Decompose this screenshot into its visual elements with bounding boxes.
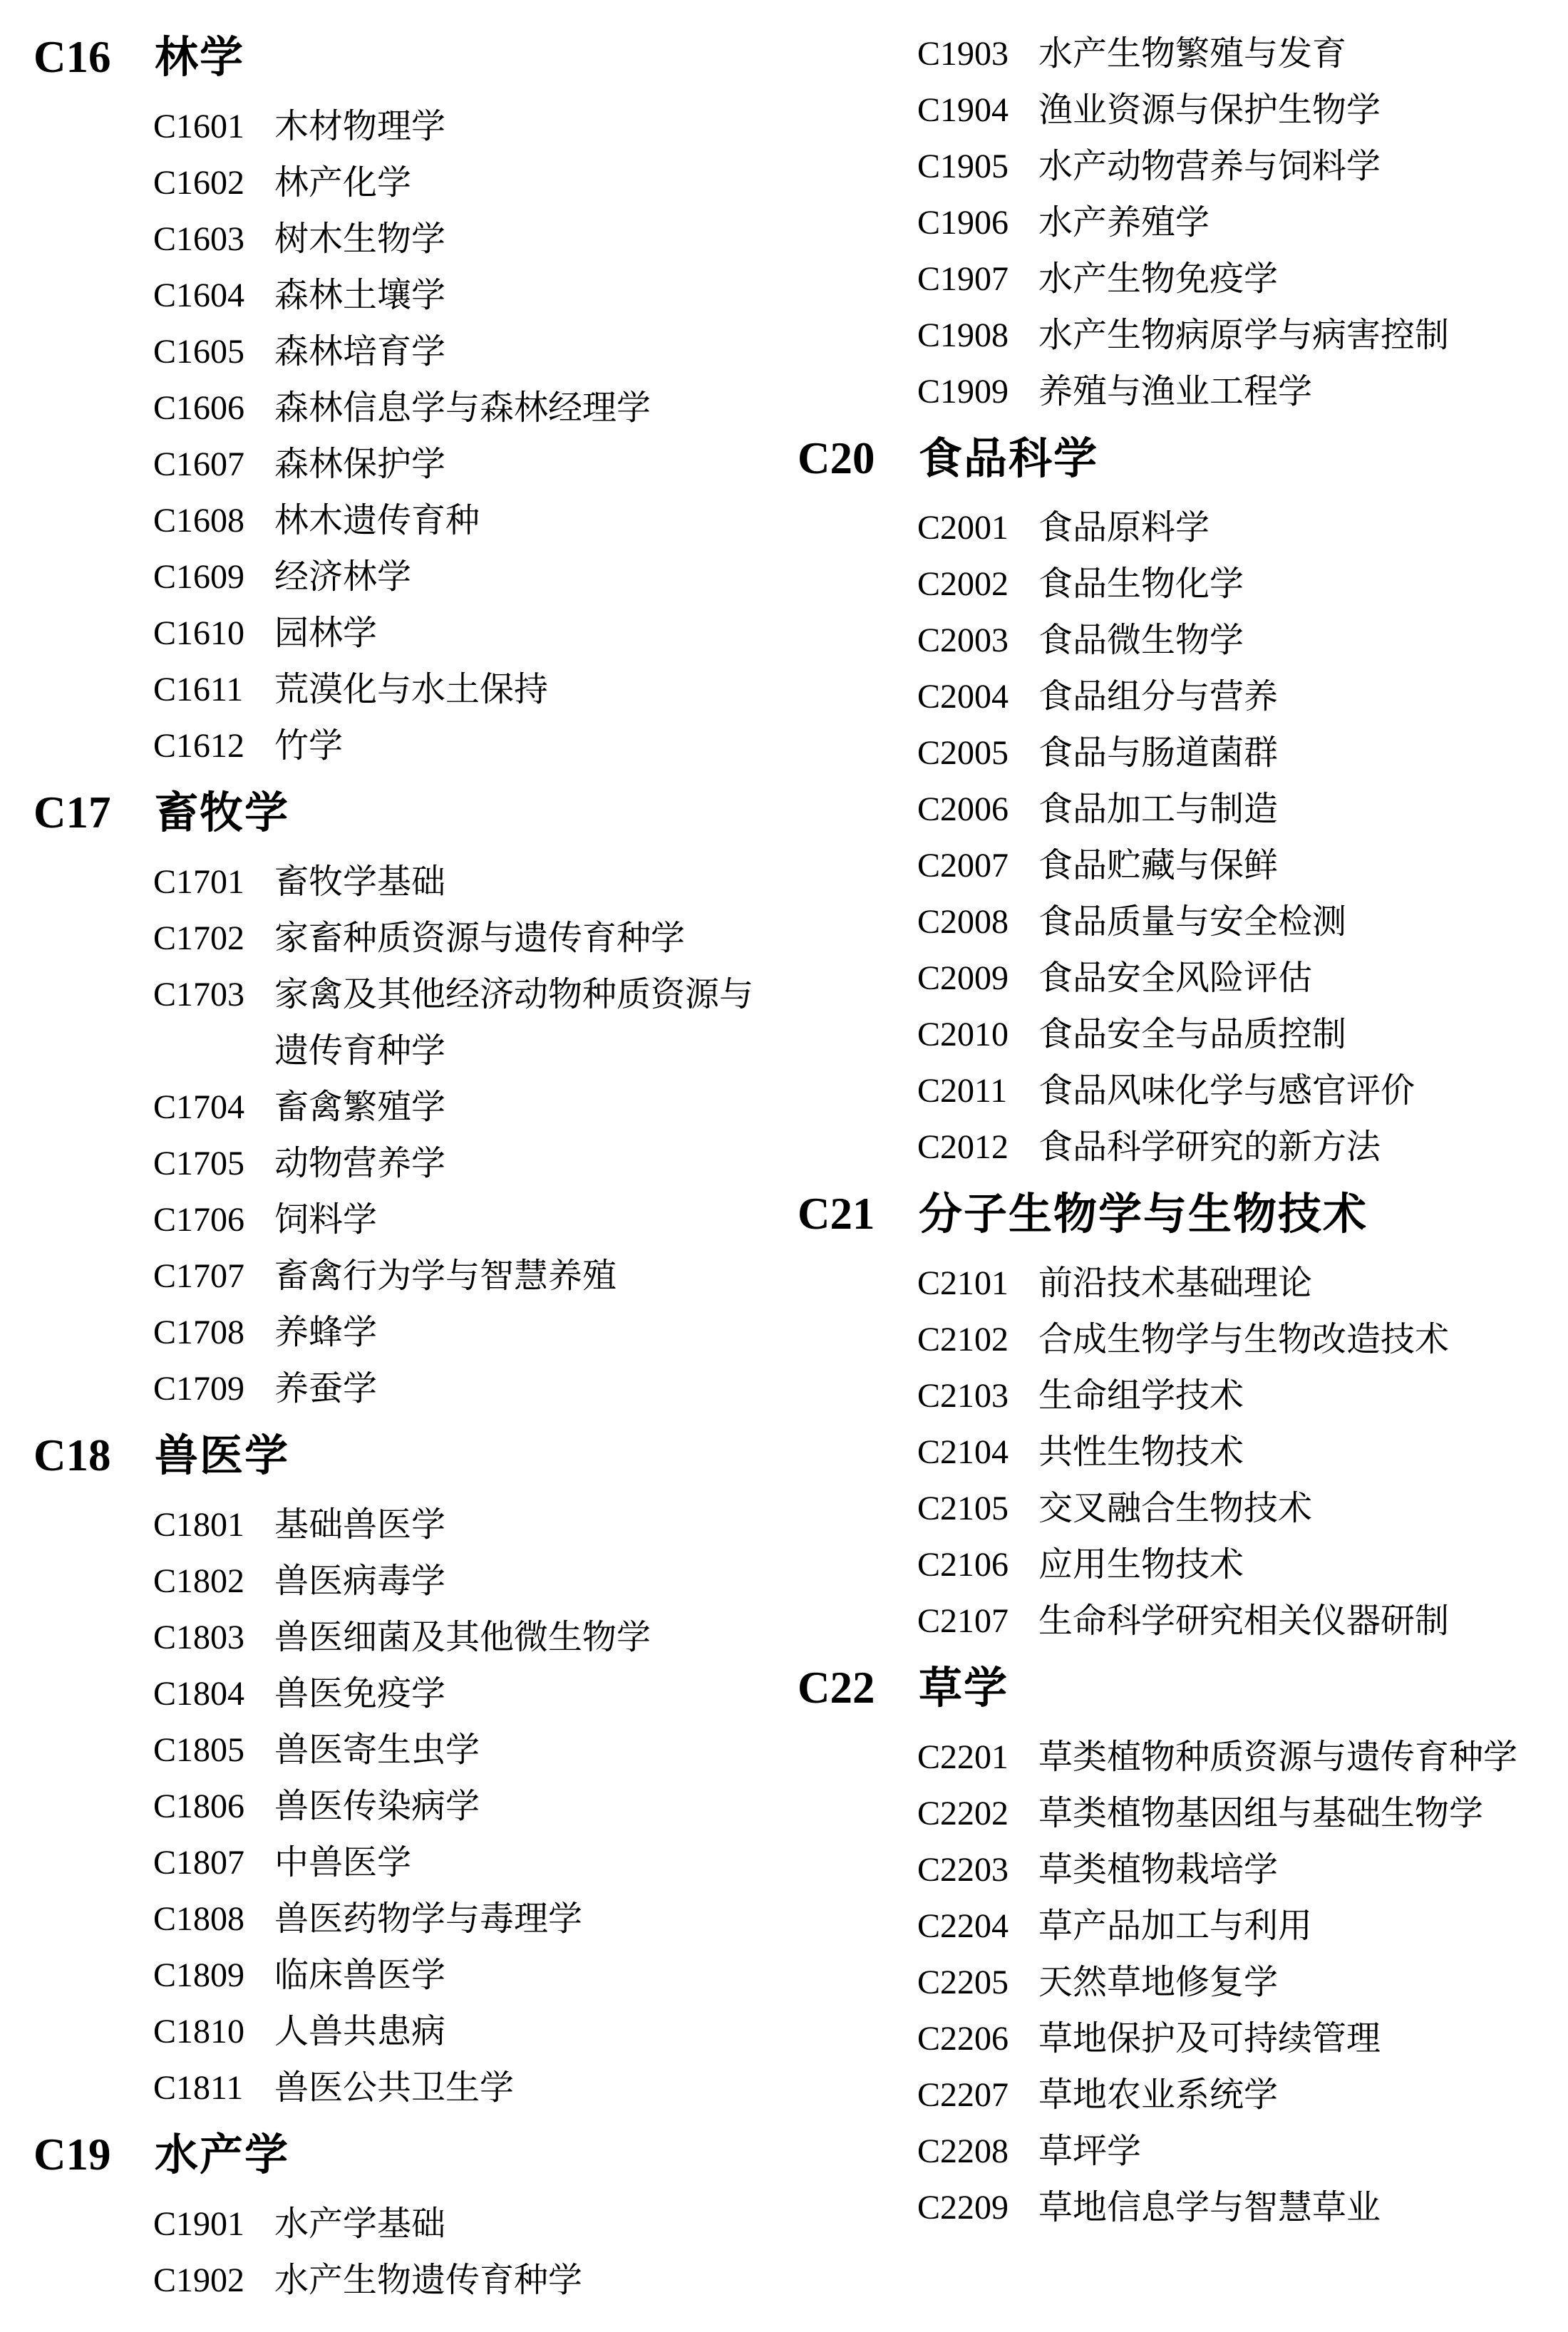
item-row: C1607森林保护学 [33, 436, 798, 492]
item-title: 林木遗传育种 [274, 492, 777, 549]
item-row: C2002食品生物化学 [798, 556, 1553, 612]
item-title: 养蚕学 [274, 1361, 777, 1417]
item-title: 兽医传染病学 [274, 1778, 777, 1835]
item-code: C1607 [153, 436, 274, 492]
item-row: C1905水产动物营养与饲料学 [798, 138, 1553, 195]
item-code: C1810 [153, 2003, 274, 2060]
item-row: C1807中兽医学 [33, 1835, 798, 1891]
item-row: C1809临床兽医学 [33, 1947, 798, 2003]
section-row: C21分子生物学与生物技术 [798, 1181, 1553, 1247]
item-title: 荒漠化与水土保持 [274, 661, 777, 718]
item-row: C2005食品与肠道菌群 [798, 725, 1553, 781]
item-title: 兽医药物学与毒理学 [274, 1891, 777, 1947]
item-code: C1806 [153, 1778, 274, 1835]
section-row: C22草学 [798, 1655, 1553, 1720]
item-code: C2102 [917, 1311, 1038, 1368]
item-title: 草类植物栽培学 [1038, 1842, 1541, 1898]
item-row: C2009食品安全风险评估 [798, 950, 1553, 1006]
item-code: C1703 [153, 966, 274, 1023]
item-title: 食品原料学 [1038, 500, 1541, 556]
item-row: C1805兽医寄生虫学 [33, 1722, 798, 1778]
item-code: C1805 [153, 1722, 274, 1778]
item-row: C2107生命科学研究相关仪器研制 [798, 1593, 1553, 1649]
item-title: 草类植物种质资源与遗传育种学 [1038, 1729, 1541, 1785]
item-title: 生命组学技术 [1038, 1368, 1541, 1424]
item-code: C1808 [153, 1891, 274, 1947]
item-code: C2002 [917, 556, 1038, 612]
item-row: C1901水产学基础 [33, 2196, 798, 2252]
item-row: C1709养蚕学 [33, 1361, 798, 1417]
item-code: C1809 [153, 1947, 274, 2003]
section-title: 分子生物学与生物技术 [919, 1181, 1368, 1247]
item-row: C1612竹学 [33, 718, 798, 774]
item-code: C2101 [917, 1255, 1038, 1311]
item-code: C1906 [917, 195, 1038, 251]
item-code: C2011 [917, 1063, 1038, 1119]
item-code: C1907 [917, 251, 1038, 307]
item-row: C2205天然草地修复学 [798, 1954, 1553, 2011]
item-row: C1804兽医免疫学 [33, 1666, 798, 1722]
item-title: 森林土壤学 [274, 267, 777, 324]
item-row: C1708养蜂学 [33, 1304, 798, 1361]
item-title: 兽医免疫学 [274, 1666, 777, 1722]
item-title: 兽医病毒学 [274, 1553, 777, 1609]
item-code: C2008 [917, 894, 1038, 950]
item-code: C1601 [153, 98, 274, 155]
item-title: 养蜂学 [274, 1304, 777, 1361]
item-code: C1801 [153, 1497, 274, 1553]
item-row: C1806兽医传染病学 [33, 1778, 798, 1835]
section-title: 林学 [155, 24, 244, 90]
item-code: C2006 [917, 781, 1038, 837]
item-row: C1603树木生物学 [33, 211, 798, 267]
item-code: C2203 [917, 1842, 1038, 1898]
item-row: C1902水产生物遗传育种学 [33, 2252, 798, 2308]
item-row: C1706饲料学 [33, 1192, 798, 1248]
item-code: C1612 [153, 718, 274, 774]
item-row: C1608林木遗传育种 [33, 492, 798, 549]
section-code: C21 [798, 1181, 919, 1247]
item-code: C2206 [917, 2011, 1038, 2067]
item-code: C1904 [917, 82, 1038, 138]
item-code: C2209 [917, 2179, 1038, 2236]
item-title: 临床兽医学 [274, 1947, 777, 2003]
item-title: 水产生物免疫学 [1038, 251, 1541, 307]
item-title: 食品安全风险评估 [1038, 950, 1541, 1006]
item-code: C2003 [917, 612, 1038, 669]
item-title: 食品质量与安全检测 [1038, 894, 1541, 950]
item-row: C2001食品原料学 [798, 500, 1553, 556]
item-code: C1902 [153, 2252, 274, 2308]
item-row: C2103生命组学技术 [798, 1368, 1553, 1424]
section-title: 草学 [919, 1655, 1009, 1720]
item-title: 共性生物技术 [1038, 1424, 1541, 1480]
item-title: 基础兽医学 [274, 1497, 777, 1553]
item-code: C1908 [917, 307, 1038, 363]
item-title: 兽医细菌及其他微生物学 [274, 1609, 777, 1666]
item-row: C2010食品安全与品质控制 [798, 1006, 1553, 1063]
item-code: C2005 [917, 725, 1038, 781]
item-code: C1610 [153, 605, 274, 661]
item-row: C2007食品贮藏与保鲜 [798, 837, 1553, 894]
item-title: 经济林学 [274, 549, 777, 605]
item-title: 饲料学 [274, 1192, 777, 1248]
item-row: C2204草产品加工与利用 [798, 1898, 1553, 1954]
item-row: C1803兽医细菌及其他微生物学 [33, 1609, 798, 1666]
item-row: C2101前沿技术基础理论 [798, 1255, 1553, 1311]
item-code: C2105 [917, 1480, 1038, 1537]
item-title: 食品生物化学 [1038, 556, 1541, 612]
item-code: C2010 [917, 1006, 1038, 1063]
item-title: 草坪学 [1038, 2123, 1541, 2179]
item-row: C1701畜牧学基础 [33, 854, 798, 910]
item-row: C1610园林学 [33, 605, 798, 661]
item-code: C1602 [153, 155, 274, 211]
item-row: C1808兽医药物学与毒理学 [33, 1891, 798, 1947]
item-code: C2001 [917, 500, 1038, 556]
section-code: C22 [798, 1655, 919, 1720]
section-code: C17 [33, 780, 155, 845]
item-row: C1704畜禽繁殖学 [33, 1079, 798, 1135]
item-title: 食品科学研究的新方法 [1038, 1119, 1541, 1175]
item-title: 家禽及其他经济动物种质资源与遗传育种学 [274, 966, 777, 1079]
item-code: C2208 [917, 2123, 1038, 2179]
item-row: C1605森林培育学 [33, 324, 798, 380]
section-title: 兽医学 [155, 1423, 289, 1488]
section-row: C16林学 [33, 24, 798, 90]
item-row: C1606森林信息学与森林经理学 [33, 380, 798, 436]
item-row: C2003食品微生物学 [798, 612, 1553, 669]
item-code: C1903 [917, 26, 1038, 82]
item-title: 渔业资源与保护生物学 [1038, 82, 1541, 138]
item-code: C1705 [153, 1135, 274, 1192]
item-row: C2012食品科学研究的新方法 [798, 1119, 1553, 1175]
item-title: 水产生物遗传育种学 [274, 2252, 777, 2308]
item-code: C2205 [917, 1954, 1038, 2011]
item-row: C1707畜禽行为学与智慧养殖 [33, 1248, 798, 1304]
item-code: C1605 [153, 324, 274, 380]
section-title: 食品科学 [919, 425, 1098, 491]
item-row: C1802兽医病毒学 [33, 1553, 798, 1609]
item-title: 水产养殖学 [1038, 195, 1541, 251]
item-code: C1706 [153, 1192, 274, 1248]
item-title: 园林学 [274, 605, 777, 661]
item-title: 森林培育学 [274, 324, 777, 380]
item-title: 养殖与渔业工程学 [1038, 363, 1541, 420]
item-code: C1603 [153, 211, 274, 267]
item-title: 交叉融合生物技术 [1038, 1480, 1541, 1537]
section-code: C18 [33, 1423, 155, 1488]
item-row: C1908水产生物病原学与病害控制 [798, 307, 1553, 363]
item-code: C1609 [153, 549, 274, 605]
item-title: 前沿技术基础理论 [1038, 1255, 1541, 1311]
item-row: C1801基础兽医学 [33, 1497, 798, 1553]
item-code: C2007 [917, 837, 1038, 894]
section-row: C17畜牧学 [33, 780, 798, 845]
item-row: C1604森林土壤学 [33, 267, 798, 324]
item-code: C2104 [917, 1424, 1038, 1480]
item-row: C2006食品加工与制造 [798, 781, 1553, 837]
item-title: 水产生物繁殖与发育 [1038, 26, 1541, 82]
item-title: 家畜种质资源与遗传育种学 [274, 910, 777, 966]
item-row: C2201草类植物种质资源与遗传育种学 [798, 1729, 1553, 1785]
item-row: C2011食品风味化学与感官评价 [798, 1063, 1553, 1119]
item-code: C2103 [917, 1368, 1038, 1424]
item-title: 木材物理学 [274, 98, 777, 155]
item-row: C2004食品组分与营养 [798, 669, 1553, 725]
section-title: 水产学 [155, 2122, 289, 2187]
item-title: 林产化学 [274, 155, 777, 211]
item-row: C2208草坪学 [798, 2123, 1553, 2179]
item-row: C2203草类植物栽培学 [798, 1842, 1553, 1898]
item-row: C1702家畜种质资源与遗传育种学 [33, 910, 798, 966]
item-row: C1904渔业资源与保护生物学 [798, 82, 1553, 138]
item-title: 水产动物营养与饲料学 [1038, 138, 1541, 195]
item-title: 食品加工与制造 [1038, 781, 1541, 837]
item-title: 天然草地修复学 [1038, 1954, 1541, 2011]
item-code: C2201 [917, 1729, 1038, 1785]
column-2: C1903水产生物繁殖与发育C1904渔业资源与保护生物学C1905水产动物营养… [798, 19, 1553, 2332]
item-row: C2209草地信息学与智慧草业 [798, 2179, 1553, 2236]
item-code: C1803 [153, 1609, 274, 1666]
item-code: C1604 [153, 267, 274, 324]
item-title: 竹学 [274, 718, 777, 774]
item-code: C1802 [153, 1553, 274, 1609]
item-row: C1705动物营养学 [33, 1135, 798, 1192]
item-row: C2207草地农业系统学 [798, 2067, 1553, 2123]
item-title: 人兽共患病 [274, 2003, 777, 2060]
item-code: C1608 [153, 492, 274, 549]
item-title: 畜禽行为学与智慧养殖 [274, 1248, 777, 1304]
item-title: 树木生物学 [274, 211, 777, 267]
item-title: 水产生物病原学与病害控制 [1038, 307, 1541, 363]
item-title: 食品微生物学 [1038, 612, 1541, 669]
column-1: C16林学C1601木材物理学C1602林产化学C1603树木生物学C1604森… [33, 19, 798, 2332]
code-list: C16林学C1601木材物理学C1602林产化学C1603树木生物学C1604森… [33, 19, 1553, 2332]
section-title: 畜牧学 [155, 780, 289, 845]
item-title: 草地保护及可持续管理 [1038, 2011, 1541, 2067]
item-code: C1811 [153, 2060, 274, 2116]
item-title: 兽医寄生虫学 [274, 1722, 777, 1778]
item-row: C1906水产养殖学 [798, 195, 1553, 251]
item-row: C2008食品质量与安全检测 [798, 894, 1553, 950]
item-row: C1903水产生物繁殖与发育 [798, 26, 1553, 82]
item-title: 草地农业系统学 [1038, 2067, 1541, 2123]
item-row: C2105交叉融合生物技术 [798, 1480, 1553, 1537]
item-row: C1810人兽共患病 [33, 2003, 798, 2060]
item-code: C1701 [153, 854, 274, 910]
item-row: C1907水产生物免疫学 [798, 251, 1553, 307]
item-title: 食品风味化学与感官评价 [1038, 1063, 1541, 1119]
item-row: C1611荒漠化与水土保持 [33, 661, 798, 718]
section-row: C20食品科学 [798, 425, 1553, 491]
item-title: 森林信息学与森林经理学 [274, 380, 777, 436]
item-code: C2106 [917, 1537, 1038, 1593]
item-code: C1702 [153, 910, 274, 966]
item-code: C1708 [153, 1304, 274, 1361]
item-row: C2106应用生物技术 [798, 1537, 1553, 1593]
item-title: 森林保护学 [274, 436, 777, 492]
item-row: C1811兽医公共卫生学 [33, 2060, 798, 2116]
item-row: C2104共性生物技术 [798, 1424, 1553, 1480]
section-code: C19 [33, 2122, 155, 2187]
item-code: C1709 [153, 1361, 274, 1417]
document-page: C16林学C1601木材物理学C1602林产化学C1603树木生物学C1604森… [0, 0, 1568, 2332]
item-title: 草类植物基因组与基础生物学 [1038, 1785, 1541, 1842]
item-title: 草产品加工与利用 [1038, 1898, 1541, 1954]
item-code: C1905 [917, 138, 1038, 195]
item-title: 食品组分与营养 [1038, 669, 1541, 725]
item-row: C1703家禽及其他经济动物种质资源与遗传育种学 [33, 966, 798, 1079]
item-code: C1807 [153, 1835, 274, 1891]
item-row: C1909养殖与渔业工程学 [798, 363, 1553, 420]
item-code: C1707 [153, 1248, 274, 1304]
item-row: C1601木材物理学 [33, 98, 798, 155]
item-code: C2009 [917, 950, 1038, 1006]
item-title: 生命科学研究相关仪器研制 [1038, 1593, 1541, 1649]
item-code: C1901 [153, 2196, 274, 2252]
item-row: C2102合成生物学与生物改造技术 [798, 1311, 1553, 1368]
item-row: C1609经济林学 [33, 549, 798, 605]
item-row: C2206草地保护及可持续管理 [798, 2011, 1553, 2067]
item-row: C1602林产化学 [33, 155, 798, 211]
item-code: C2012 [917, 1119, 1038, 1175]
item-code: C2207 [917, 2067, 1038, 2123]
item-title: 草地信息学与智慧草业 [1038, 2179, 1541, 2236]
item-code: C2204 [917, 1898, 1038, 1954]
item-title: 食品与肠道菌群 [1038, 725, 1541, 781]
item-title: 应用生物技术 [1038, 1537, 1541, 1593]
item-title: 畜牧学基础 [274, 854, 777, 910]
item-title: 中兽医学 [274, 1835, 777, 1891]
section-row: C19水产学 [33, 2122, 798, 2187]
item-title: 动物营养学 [274, 1135, 777, 1192]
item-title: 食品安全与品质控制 [1038, 1006, 1541, 1063]
section-code: C16 [33, 24, 155, 90]
item-row: C2202草类植物基因组与基础生物学 [798, 1785, 1553, 1842]
section-code: C20 [798, 425, 919, 491]
item-code: C1804 [153, 1666, 274, 1722]
item-code: C1611 [153, 661, 274, 718]
section-row: C18兽医学 [33, 1423, 798, 1488]
item-title: 水产学基础 [274, 2196, 777, 2252]
item-code: C2202 [917, 1785, 1038, 1842]
item-code: C1909 [917, 363, 1038, 420]
item-code: C1704 [153, 1079, 274, 1135]
item-code: C1606 [153, 380, 274, 436]
item-title: 合成生物学与生物改造技术 [1038, 1311, 1541, 1368]
item-title: 食品贮藏与保鲜 [1038, 837, 1541, 894]
item-code: C2004 [917, 669, 1038, 725]
item-title: 畜禽繁殖学 [274, 1079, 777, 1135]
item-title: 兽医公共卫生学 [274, 2060, 777, 2116]
item-code: C2107 [917, 1593, 1038, 1649]
